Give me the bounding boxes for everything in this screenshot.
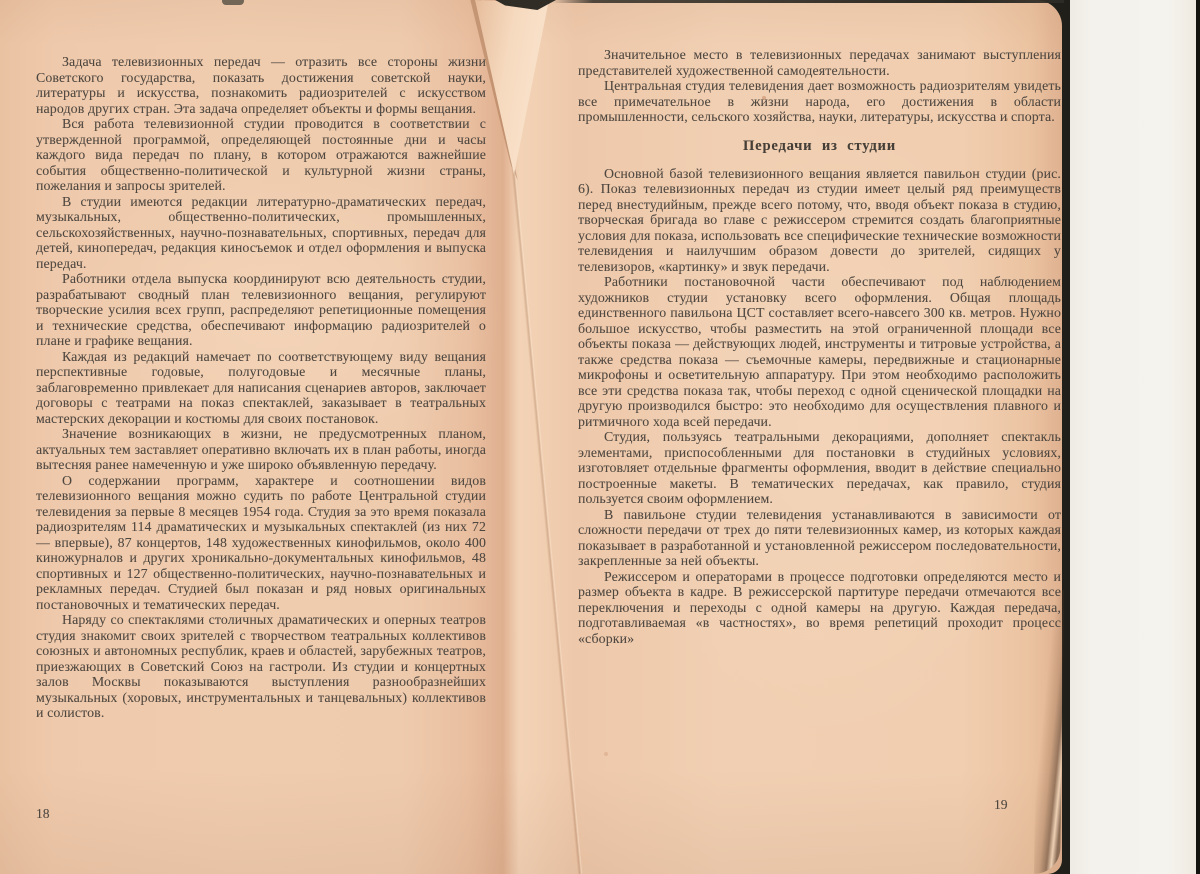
paragraph: Работники постановочной части обеспечива… [578, 274, 1061, 429]
paragraph: О содержании программ, характере и соотн… [36, 473, 486, 613]
paragraph: В павильоне студии телевидения устанавли… [578, 507, 1061, 569]
left-page-text: Задача телевизионных передач — отразить … [36, 54, 486, 721]
paper-stain [604, 752, 608, 756]
page-number-left: 18 [36, 806, 50, 822]
paragraph: Режиссером и операторами в процессе подг… [578, 569, 1061, 647]
paragraph: Основной базой телевизионного вещания яв… [578, 166, 1061, 275]
right-page-section-text: Основной базой телевизионного вещания яв… [578, 166, 1061, 647]
page-number-right: 19 [994, 797, 1008, 813]
paragraph: Вся работа телевизионной студии проводит… [36, 116, 486, 194]
scan-blemish [222, 0, 244, 5]
paragraph: Значительное место в телевизионных перед… [578, 47, 1061, 78]
spine-crease [510, 158, 583, 874]
page-right: Значительное место в телевизионных перед… [578, 47, 1061, 646]
right-page-intro-text: Значительное место в телевизионных перед… [578, 47, 1061, 125]
paragraph: Студия, пользуясь театральными декорация… [578, 429, 1061, 507]
scanner-background [1070, 0, 1196, 874]
scan-edge [1196, 0, 1200, 874]
page-top-edge [552, 0, 1064, 3]
paragraph: Работники отдела выпуска координируют вс… [36, 271, 486, 349]
page-left: Задача телевизионных передач — отразить … [36, 54, 486, 721]
paragraph: Каждая из редакций намечает по соответст… [36, 349, 486, 427]
paragraph: Наряду со спектаклями столичных драматич… [36, 612, 486, 721]
section-heading: Передачи из студии [578, 138, 1061, 155]
paragraph: Центральная студия телевидения дает возм… [578, 78, 1061, 125]
paragraph: Задача телевизионных передач — отразить … [36, 54, 486, 116]
book-spread: Задача телевизионных передач — отразить … [0, 0, 1062, 874]
paragraph: В студии имеются редакции литературно-др… [36, 194, 486, 272]
paragraph: Значение возникающих в жизни, не предусм… [36, 426, 486, 473]
